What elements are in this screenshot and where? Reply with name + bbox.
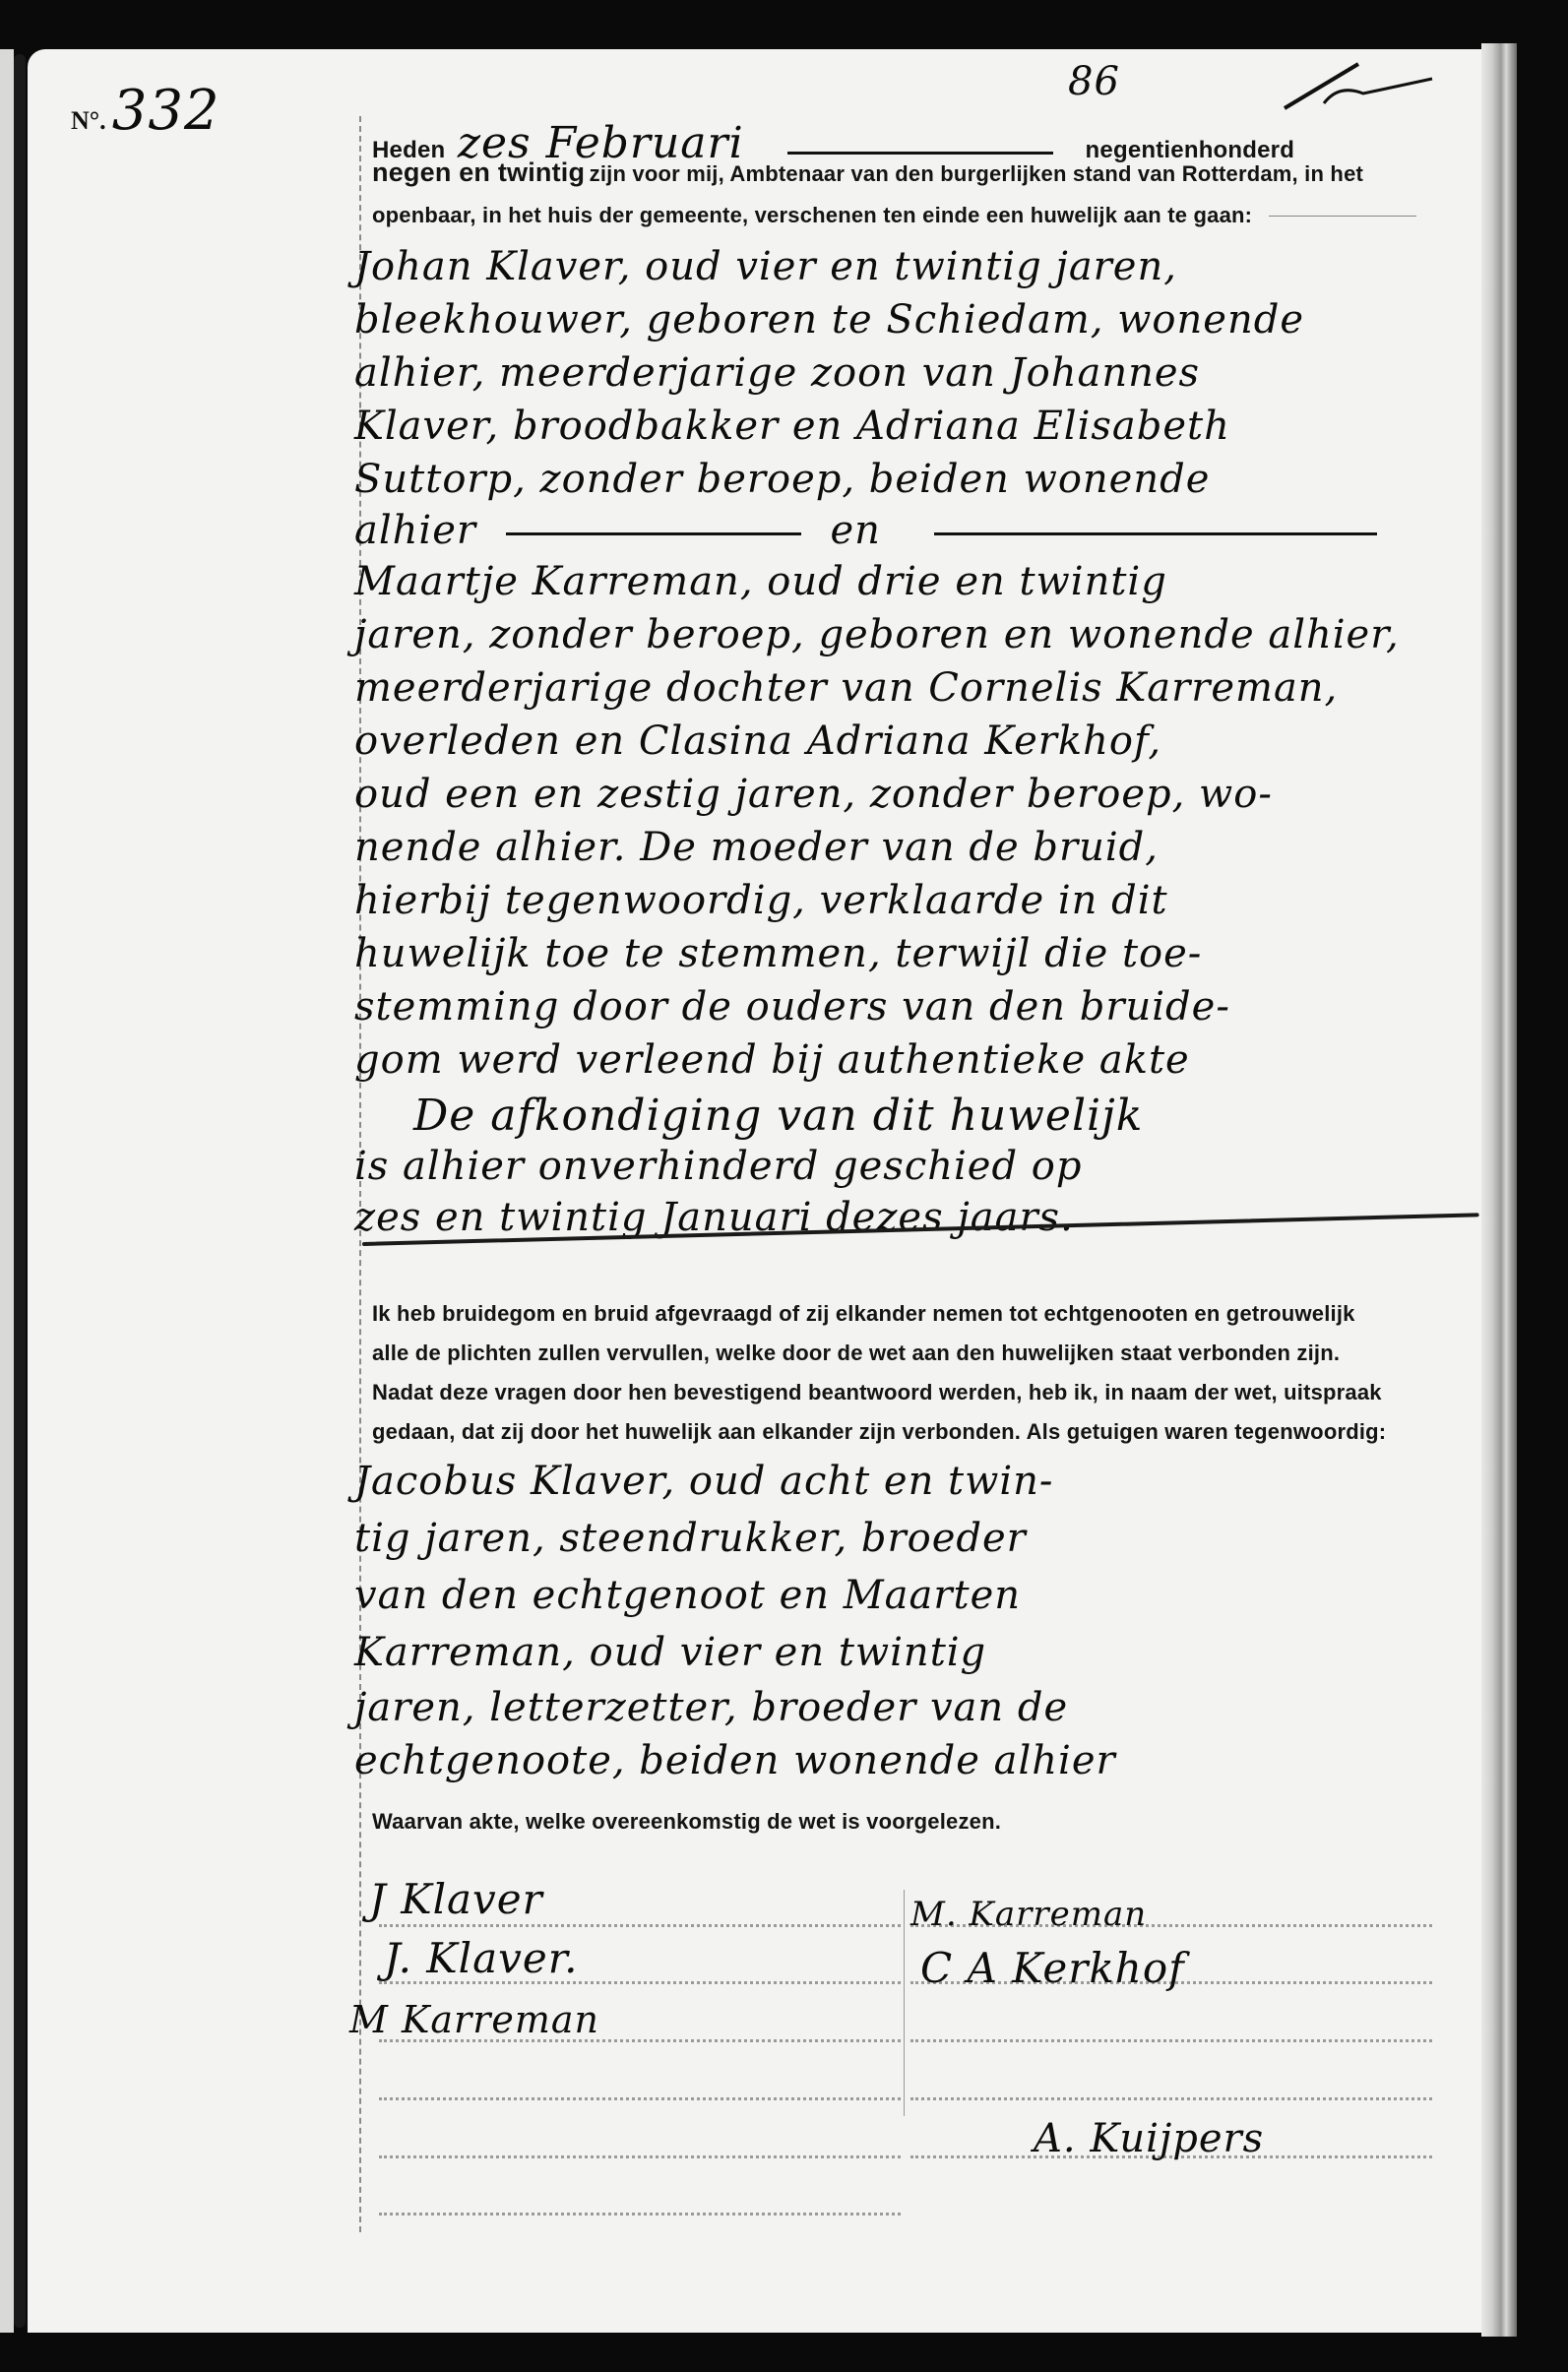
bride-line: Maartje Karreman, oud drie en twintig — [354, 559, 1476, 604]
groom-closing-line: alhier en — [354, 508, 1476, 553]
bride-line: huwelijk toe te stemmen, terwijl die toe… — [354, 931, 1476, 976]
book-spine — [14, 54, 26, 2328]
signature-mother: C A Kerkhof — [920, 1944, 1185, 1992]
bride-line: gom werd verleend bij authentieke akte — [354, 1037, 1476, 1083]
afkondiging-line: is alhier onverhinderd geschied op — [354, 1144, 1476, 1189]
groom-line: Johan Klaver, oud vier en twintig jaren, — [354, 244, 1476, 289]
signature-official: A. Kuijpers — [1034, 2116, 1264, 2161]
signature-witness-2: M Karreman — [349, 1998, 599, 2041]
witness-line: van den echtgenoot en Maarten — [354, 1573, 1476, 1618]
witness-line: jaren, letterzetter, broeder van de — [354, 1685, 1476, 1730]
closing-text: Waarvan akte, welke overeenkomstig de we… — [372, 1809, 1001, 1834]
signature-witness-1: J. Klaver. — [384, 1934, 579, 1982]
year-printed-2: negen en twintig — [372, 157, 585, 187]
witness-line: echtgenoote, beiden wonende alhier — [354, 1738, 1476, 1783]
witness-line: tig jaren, steendrukker, broeder — [354, 1516, 1476, 1561]
ceremony-line: gedaan, dat zij door het huwelijk aan el… — [372, 1419, 1386, 1445]
signature-column-rule — [904, 1890, 905, 2116]
bride-line: oud een en zestig jaren, zonder beroep, … — [354, 772, 1476, 817]
bride-line: nende alhier. De moeder van de bruid, — [354, 825, 1476, 870]
bride-line: jaren, zonder beroep, geboren en wonende… — [354, 612, 1476, 657]
ceremony-line: Nadat deze vragen door hen bevestigend b… — [372, 1380, 1382, 1405]
groom-line: bleekhouwer, geboren te Schiedam, wonend… — [354, 297, 1476, 343]
bride-line: meerderjarige dochter van Cornelis Karre… — [354, 665, 1476, 711]
page-stack-edge — [1481, 43, 1517, 2337]
groom-closing-word: alhier — [354, 508, 476, 553]
signature-groom: J Klaver — [369, 1875, 543, 1923]
connector-en: en — [830, 508, 880, 553]
akte-number-label: N°. — [71, 106, 106, 136]
folio-number: 86 — [1068, 59, 1120, 104]
header-line-3: openbaar, in het huis der gemeente, vers… — [372, 203, 1416, 228]
bride-line: hierbij tegenwoordig, verklaarde in dit — [354, 878, 1476, 923]
bride-line: overleden en Clasina Adriana Kerkhof, — [354, 718, 1476, 764]
groom-line: Klaver, broodbakker en Adriana Elisabeth — [354, 404, 1476, 449]
ceremony-line: alle de plichten zullen vervullen, welke… — [372, 1341, 1340, 1366]
header-line-2-text: zijn voor mij, Ambtenaar van den burgerl… — [590, 161, 1363, 186]
header-line-3-text: openbaar, in het huis der gemeente, vers… — [372, 203, 1252, 227]
bride-line: stemming door de ouders van den bruide- — [354, 984, 1476, 1030]
afkondiging-line: De afkondiging van dit huwelijk — [413, 1091, 1536, 1141]
witness-line: Karreman, oud vier en twintig — [354, 1630, 1476, 1675]
signature-bride: M. Karreman — [910, 1895, 1147, 1934]
ceremony-line: Ik heb bruidegom en bruid afgevraagd of … — [372, 1301, 1355, 1327]
akte-number: N°. 332 — [71, 79, 220, 143]
groom-line: Suttorp, zonder beroep, beiden wonende — [354, 457, 1476, 502]
akte-number-value: 332 — [112, 79, 220, 143]
binding-strip — [0, 49, 14, 2333]
date-fill-rule — [787, 152, 1053, 155]
closing-line: Waarvan akte, welke overeenkomstig de we… — [372, 1809, 1001, 1835]
paraaf-icon — [1280, 59, 1447, 118]
header-line-2: negen en twintig zijn voor mij, Ambtenaa… — [372, 157, 1363, 188]
witness-line: Jacobus Klaver, oud acht en twin- — [354, 1459, 1476, 1504]
groom-line: alhier, meerderjarige zoon van Johannes — [354, 350, 1476, 396]
